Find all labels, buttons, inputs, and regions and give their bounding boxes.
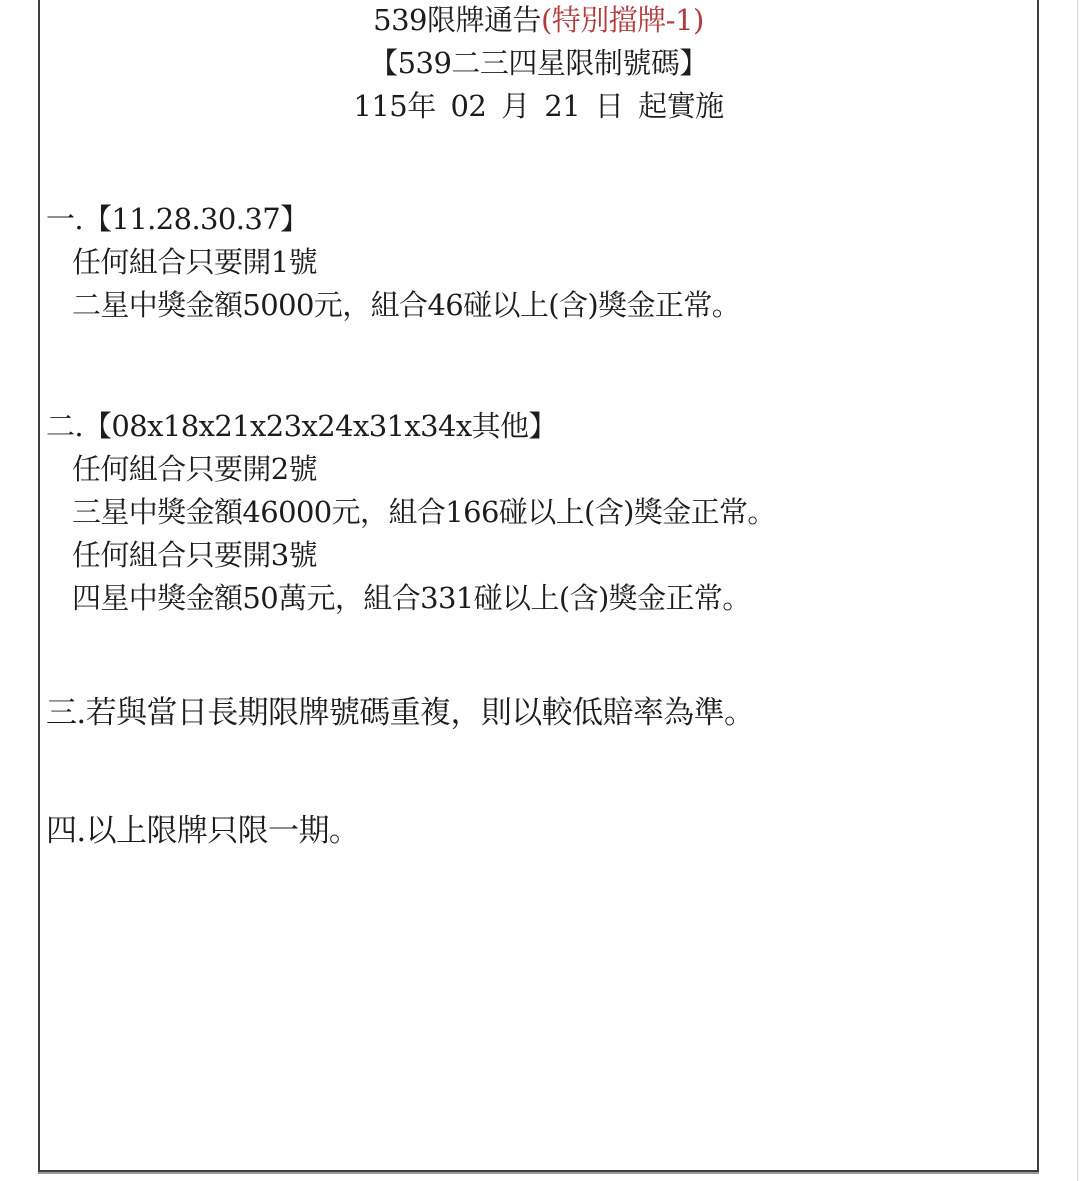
notice-title-special-tag: (特別擋牌-1) (541, 3, 704, 37)
section-3-text: 三.若與當日長期限牌號碼重複，則以較低賠率為準。 (46, 693, 754, 733)
section-1-line-2: 二星中獎金額5000元，組合46碰以上(含)獎金正常。 (72, 285, 740, 325)
section-4-text: 四.以上限牌只限一期。 (46, 811, 359, 851)
section-2-line-4: 四星中獎金額50萬元，組合331碰以上(含)獎金正常。 (72, 578, 751, 618)
notice-title: 539限牌通告(特別擋牌-1) (40, 0, 1037, 40)
section-2-heading: 二.【08x18x21x23x24x31x34x其他】 (46, 406, 557, 446)
section-1-heading: 一.【11.28.30.37】 (46, 199, 308, 239)
section-2-line-3: 任何組合只要開3號 (72, 535, 317, 575)
section-1-line-1: 任何組合只要開1號 (72, 242, 317, 282)
effective-date: 115年 02 月 21 日 起實施 (40, 86, 1037, 126)
section-2-line-1: 任何組合只要開2號 (72, 449, 317, 489)
notice-title-main: 539限牌通告 (373, 3, 541, 37)
notice-subtitle: 【539二三四星限制號碼】 (40, 43, 1037, 83)
notice-document-frame: 539限牌通告(特別擋牌-1) 【539二三四星限制號碼】 115年 02 月 … (38, 0, 1039, 1172)
page-edge-line (1077, 0, 1078, 1181)
section-2-line-2: 三星中獎金額46000元，組合166碰以上(含)獎金正常。 (72, 492, 776, 532)
